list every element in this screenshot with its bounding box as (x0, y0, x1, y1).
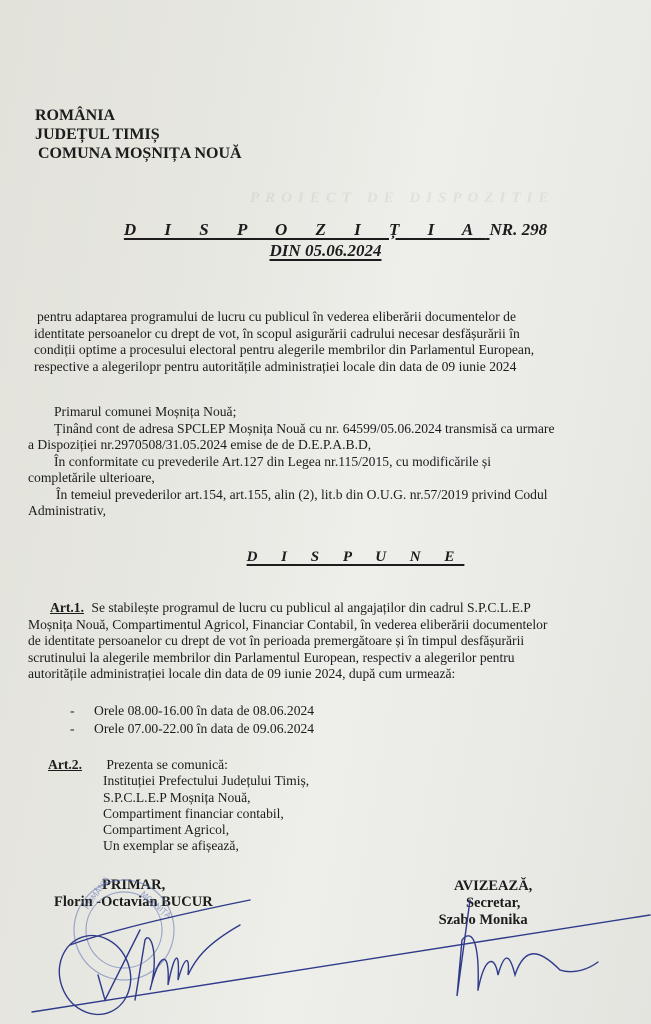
document-title: D I S P O Z I Ț I A NR. 298 (0, 220, 651, 240)
mayor-signature-icon (32, 900, 650, 1024)
article-2-intro: Prezenta se comunică: (106, 757, 228, 772)
article-2: Art.2. Prezenta se comunică: Instituției… (48, 757, 309, 855)
schedule-list: -Orele 08.00-16.00 în data de 08.06.2024… (70, 702, 314, 738)
schedule-item: -Orele 07.00-22.00 în data de 09.06.2024 (70, 720, 314, 738)
mayor-name: Florin -Octavian BUCUR (54, 894, 213, 911)
dispune-heading: D I S P U N E (0, 549, 651, 566)
mayor-title: PRIMAR, (54, 877, 213, 894)
endorse-label: AVIZEAZĂ, (434, 878, 532, 895)
article-2-label: Art.2. (48, 757, 103, 773)
bleed-through-text: PROIECT DE DISPOZITIE (250, 190, 554, 207)
title-date: DIN 05.06.2024 (0, 241, 651, 261)
preamble-line: În conformitate cu prevederile Art.127 d… (28, 454, 554, 471)
preamble-line: completările ulterioare, (28, 470, 554, 487)
secretary-signature-block: AVIZEAZĂ, Secretar, Szabo Monika (434, 878, 532, 929)
article-1: Art.1. Se stabilește programul de lucru … (28, 600, 547, 683)
title-word: D I S P O Z I Ț I A (124, 220, 485, 240)
purpose-line: respective a alegerilopr pentru autorită… (34, 359, 534, 376)
recipient-item: Compartiment Agricol, (103, 822, 309, 838)
article-1-line: autoritățile administrației locale din d… (28, 666, 547, 683)
title-number: NR. 298 (489, 220, 547, 240)
purpose-paragraph: pentru adaptarea programului de lucru cu… (34, 309, 534, 375)
dispune-text: D I S P U N E (247, 549, 465, 565)
schedule-item-text: Orele 07.00-22.00 în data de 09.06.2024 (94, 721, 314, 736)
article-1-line: de identitate persoanelor cu drept de vo… (28, 633, 547, 650)
preamble-line: Ținând cont de adresa SPCLEP Moșnița Nou… (28, 421, 554, 438)
preamble: Primarul comunei Moșnița Nouă; Ținând co… (28, 404, 554, 520)
article-1-line: Moșnița Nouă, Compartimentul Agricol, Fi… (28, 617, 547, 634)
header-country: ROMÂNIA (35, 106, 242, 125)
purpose-line: pentru adaptarea programului de lucru cu… (34, 309, 534, 326)
header-commune: COMUNA MOȘNIȚA NOUĂ (35, 144, 242, 163)
document-header: ROMÂNIA JUDEȚUL TIMIȘ COMUNA MOȘNIȚA NOU… (35, 106, 242, 163)
article-1-label: Art.1. (50, 600, 84, 615)
schedule-item-text: Orele 08.00-16.00 în data de 08.06.2024 (94, 703, 314, 718)
title-date-text: DIN 05.06.2024 (270, 241, 382, 260)
recipient-item: Un exemplar se afișează, (103, 838, 309, 854)
article-1-line: scrutinului la alegerile membrilor din P… (28, 650, 547, 667)
schedule-item: -Orele 08.00-16.00 în data de 08.06.2024 (70, 702, 314, 720)
header-county: JUDEȚUL TIMIȘ (35, 125, 242, 144)
preamble-line: Administrativ, (28, 503, 554, 520)
purpose-line: identitate persoanelor cu drept de vot, … (34, 326, 534, 343)
recipient-item: S.P.C.L.E.P Moșnița Nouă, (103, 790, 309, 806)
preamble-line: În temeiul prevederilor art.154, art.155… (28, 487, 554, 504)
secretary-name: Szabo Monika (434, 912, 532, 929)
preamble-line: Primarul comunei Moșnița Nouă; (28, 404, 554, 421)
secretary-title: Secretar, (434, 895, 532, 912)
article-1-line: Se stabilește programul de lucru cu publ… (91, 600, 530, 615)
mayor-signature-block: PRIMAR, Florin -Octavian BUCUR (54, 877, 213, 911)
recipient-item: Instituției Prefectului Județului Timiș, (103, 773, 309, 789)
preamble-line: a Dispoziției nr.2970508/31.05.2024 emis… (28, 437, 554, 454)
purpose-line: condiții optime a procesului electoral p… (34, 342, 534, 359)
recipient-item: Compartiment financiar contabil, (103, 806, 309, 822)
